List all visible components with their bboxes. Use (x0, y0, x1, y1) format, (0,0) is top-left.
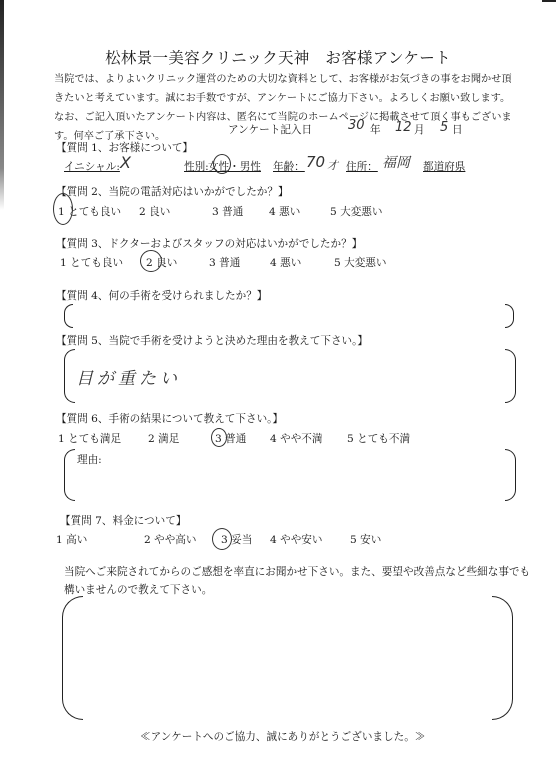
q6-reason-bracket-left (64, 449, 75, 501)
q1-address-value[interactable]: 福岡 (382, 152, 410, 172)
q2-option-3[interactable]: 3 普通 (212, 204, 243, 219)
q7-option-4[interactable]: 4 やや安い (270, 532, 322, 547)
q1-age-label: 年齢： (273, 159, 305, 174)
comments-prompt-line2: 構いませんので教えて下さい。 (64, 582, 212, 597)
q5-answer-bracket-right (505, 349, 516, 403)
q5-answer-bracket-left (64, 349, 75, 403)
q3-selected-circle (140, 250, 162, 272)
date-month-value[interactable]: 12 (395, 120, 412, 135)
date-day-value[interactable]: 5 (440, 120, 448, 135)
q5-answer[interactable]: 目が重たい (76, 364, 181, 389)
q3-option-3[interactable]: 3 普通 (209, 255, 240, 270)
scan-corner-mark (542, 0, 556, 2)
comments-bracket-right (492, 596, 513, 720)
q3-option-5[interactable]: 5 大変悪い (334, 255, 386, 270)
q6-selected-circle (211, 428, 227, 447)
date-label: アンケート記入日 (228, 122, 312, 137)
date-year-value[interactable]: 30 (348, 118, 365, 133)
q1-age-value[interactable]: 70 (306, 153, 325, 171)
q6-option-1[interactable]: 1 とても満足 (58, 431, 121, 446)
q1-age-unit: 才 (327, 157, 338, 173)
q7-option-2[interactable]: 2 やや高い (144, 532, 196, 547)
q6-heading: 【質問 6、手術の結果について教えて下さい。】 (56, 411, 283, 426)
q1-gender-label: 性別: (184, 159, 209, 174)
q6-option-5[interactable]: 5 とても不満 (347, 431, 410, 446)
q7-option-1[interactable]: 1 高い (56, 532, 87, 547)
comments-prompt-line1: 当院へご来院されてからのご感想を率直にお聞かせ下さい。また、要望や改善点など些細… (64, 564, 530, 579)
q2-selected-circle (53, 193, 73, 225)
comments-bracket-left (62, 596, 83, 720)
q1-gender-selected-circle (213, 154, 231, 174)
q6-option-2[interactable]: 2 満足 (148, 431, 179, 446)
q5-heading: 【質問 5、当院で手術を受けようと決めた理由を教えて下さい。】 (56, 333, 368, 348)
q1-address-label: 住所： (346, 159, 378, 174)
date-month-label: 月 (414, 122, 425, 137)
q7-option-5[interactable]: 5 安い (350, 532, 381, 547)
date-year-label: 年 (370, 122, 381, 137)
q6-reason-bracket-right (505, 449, 516, 501)
date-day-label: 日 (452, 122, 463, 137)
q3-heading: 【質問 3、ドクターおよびスタッフの対応はいかがでしたか？】 (56, 236, 362, 251)
q1-address-suffix: 都道府県 (423, 159, 465, 174)
q2-option-4[interactable]: 4 悪い (269, 204, 300, 219)
q4-answer-bracket-left (64, 304, 73, 328)
q7-selected-circle (212, 528, 232, 550)
q2-option-5[interactable]: 5 大変悪い (330, 204, 382, 219)
scan-edge-shadow (0, 0, 4, 210)
q7-heading: 【質問 7、料金について】 (60, 513, 186, 528)
footer-thanks: ≪アンケートへのご協力、誠にありがとうございました。≫ (140, 729, 425, 744)
q6-reason-label: 理由: (77, 452, 102, 467)
q6-option-4[interactable]: 4 やや不満 (270, 431, 322, 446)
q3-option-4[interactable]: 4 悪い (270, 255, 301, 270)
q2-heading: 【質問 2、当院の電話対応はいかがでしたか？】 (56, 184, 289, 199)
q4-heading: 【質問 4、何の手術を受けられましたか？】 (56, 288, 267, 303)
q4-answer-bracket-right (505, 304, 514, 328)
q2-option-2[interactable]: 2 良い (139, 204, 170, 219)
page-title: 松林景一美容クリニック天神 お客様アンケート (0, 46, 556, 68)
q3-option-1[interactable]: 1 とても良い (60, 255, 123, 270)
q1-initial-value[interactable]: X (120, 153, 131, 172)
